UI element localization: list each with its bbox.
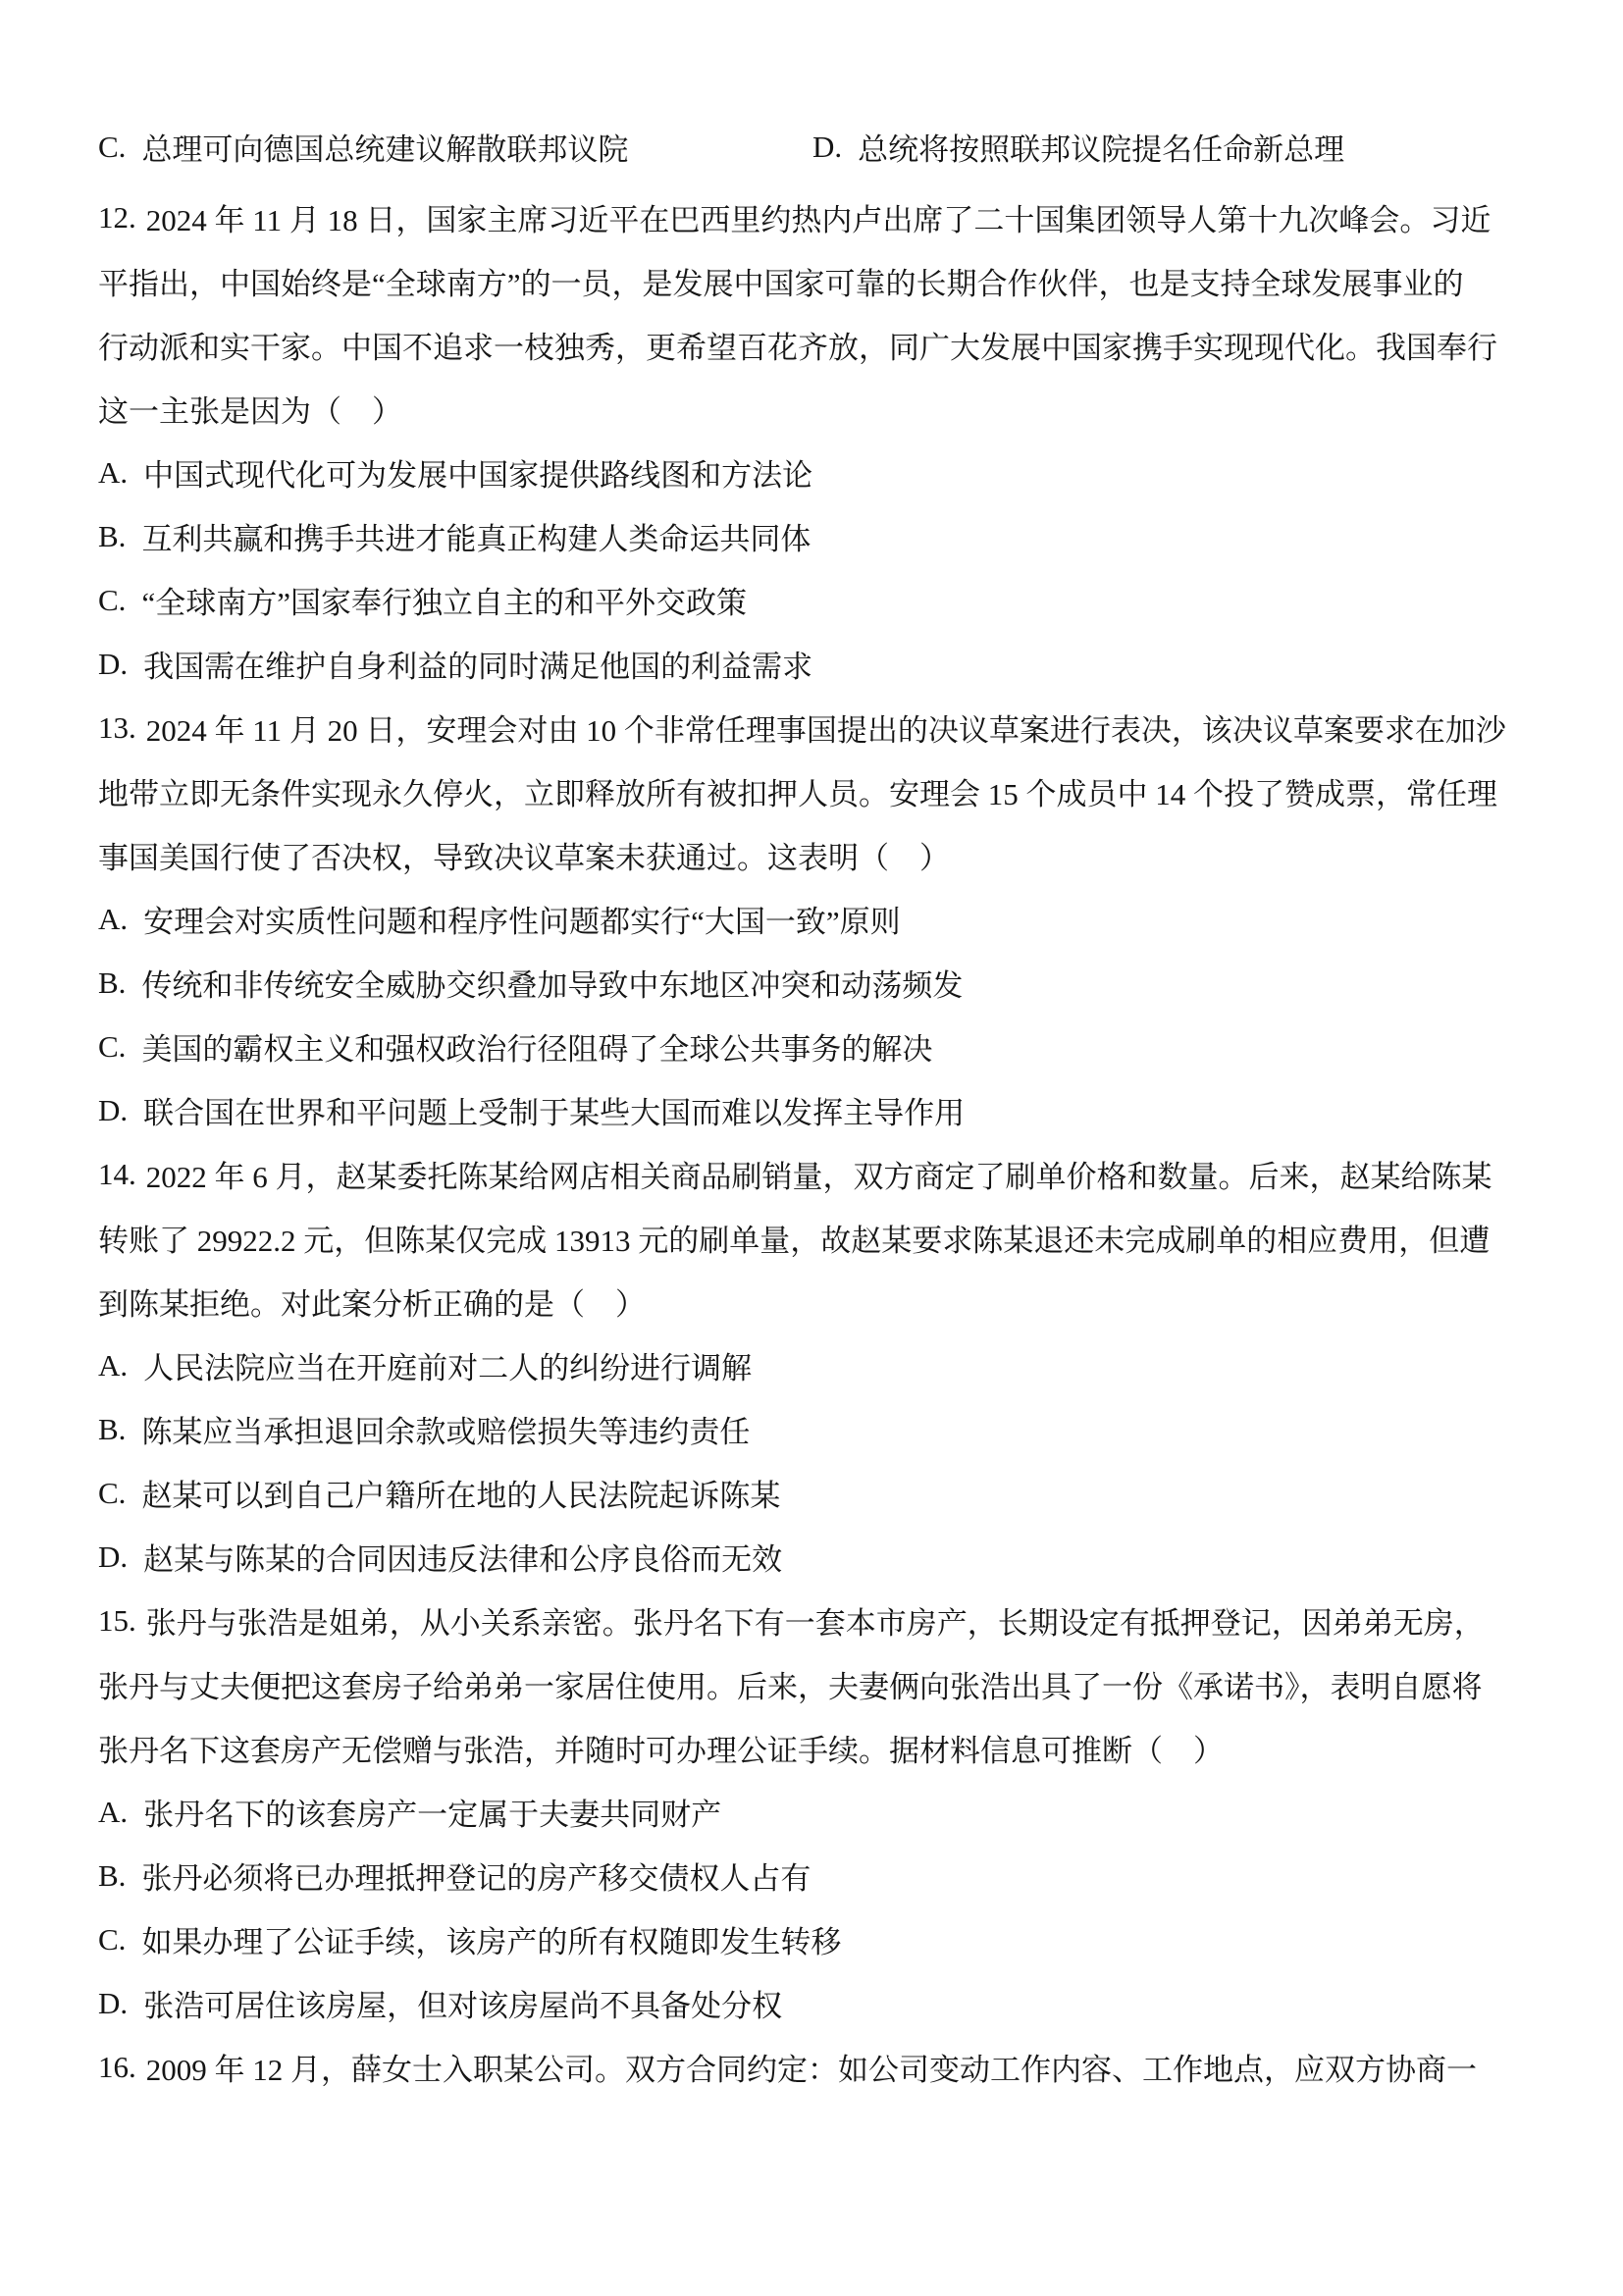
question-12-stem-line-2: 平指出，中国始终是“全球南方”的一员，是发展中国家可靠的长期合作伙伴，也是支持全… [98,249,1529,313]
question-12-option-c: C. “全球南方”国家奉行独立自主的和平外交政策 [98,568,1529,632]
option-text: 我国需在维护自身利益的同时满足他国的利益需求 [143,642,812,686]
option-text: 总统将按照联邦议院提名任命新总理 [858,125,1344,169]
question-14-option-c: C. 赵某可以到自己户籍所在地的人民法院起诉陈某 [98,1461,1529,1525]
option-text: 张丹名下的该套房产一定属于夫妻共同财产 [143,1790,721,1834]
question-12-stem-line-3: 行动派和实干家。中国不追求一枝独秀，更希望百花齐放，同广大发展中国家携手实现现代… [98,313,1529,377]
question-15-option-c: C. 如果办理了公证手续，该房产的所有权随即发生转移 [98,1907,1529,1971]
option-letter: A. [98,455,128,491]
question-13-option-c: C. 美国的霸权主义和强权政治行径阻碍了全球公共事务的解决 [98,1015,1529,1078]
option-letter: B. [98,1858,126,1894]
question-16-stem-line-1: 16. 2009 年 12 月，薛女士入职某公司。双方合同约定：如公司变动工作内… [98,2035,1529,2099]
question-12-option-b: B. 互利共赢和携手共进才能真正构建人类命运共同体 [98,504,1529,568]
option-text: “全球南方”国家奉行独立自主的和平外交政策 [141,578,747,622]
option-text: 互利共赢和携手共进才能真正构建人类命运共同体 [141,514,811,558]
question-number: 14. [98,1157,136,1192]
question-number: 15. [98,1603,136,1639]
question-13-option-d: D. 联合国在世界和平问题上受制于某些大国而难以发挥主导作用 [98,1078,1529,1142]
option-letter: C. [98,1029,126,1065]
question-14-option-a: A. 人民法院应当在开庭前对二人的纠纷进行调解 [98,1333,1529,1397]
question-12-stem-line-4: 这一主张是因为（ ） [98,377,1529,441]
question-number: 16. [98,2050,136,2085]
option-letter: A. [98,902,128,937]
question-13-option-b: B. 传统和非传统安全威胁交织叠加导致中东地区冲突和动荡频发 [98,951,1529,1015]
option-letter: C. [98,583,126,618]
question-14-stem-line-2: 转账了 29922.2 元，但陈某仅完成 13913 元的刷单量，故赵某要求陈某… [98,1206,1529,1270]
option-letter: D. [98,647,128,682]
question-12-option-d: D. 我国需在维护自身利益的同时满足他国的利益需求 [98,632,1529,696]
question-13-stem-line-1: 13. 2024 年 11 月 20 日，安理会对由 10 个非常任理事国提出的… [98,696,1529,759]
stem-text: 张丹与张浩是姐弟，从小关系亲密。张丹名下有一套本市房产，长期设定有抵押登记，因弟… [146,1598,1485,1643]
question-11-options-row: C. 总理可向德国总统建议解散联邦议院 D. 总统将按照联邦议院提名任命新总理 [98,115,1529,179]
question-number: 13. [98,710,136,746]
option-text: 传统和非传统安全威胁交织叠加导致中东地区冲突和动荡频发 [141,961,963,1005]
stem-text: 2022 年 6 月，赵某委托陈某给网店相关商品刷销量，双方商定了刷单价格和数量… [146,1152,1492,1196]
question-14-stem-line-3: 到陈某拒绝。对此案分析正确的是（ ） [98,1270,1529,1333]
question-12-option-a: A. 中国式现代化可为发展中国家提供路线图和方法论 [98,441,1529,504]
option-text: 人民法院应当在开庭前对二人的纠纷进行调解 [143,1343,752,1387]
option-letter: B. [98,1412,126,1447]
question-15-stem-line-3: 张丹名下这套房产无偿赠与张浩，并随时可办理公证手续。据材料信息可推断（ ） [98,1716,1529,1780]
question-11-option-c: C. 总理可向德国总统建议解散联邦议院 [98,125,628,169]
option-letter: D. [812,130,842,165]
option-text: 美国的霸权主义和强权政治行径阻碍了全球公共事务的解决 [141,1024,932,1069]
question-15-option-d: D. 张浩可居住该房屋，但对该房屋尚不具备处分权 [98,1971,1529,2035]
option-letter: C. [98,1922,126,1957]
option-letter: C. [98,130,126,165]
question-15-option-b: B. 张丹必须将已办理抵押登记的房产移交债权人占有 [98,1844,1529,1907]
question-13-option-a: A. 安理会对实质性问题和程序性问题都实行“大国一致”原则 [98,887,1529,951]
option-letter: D. [98,1986,128,2021]
stem-text: 2009 年 12 月，薛女士入职某公司。双方合同约定：如公司变动工作内容、工作… [146,2045,1477,2089]
question-13-stem-line-2: 地带立即无条件实现永久停火，立即释放所有被扣押人员。安理会 15 个成员中 14… [98,759,1529,823]
option-letter: B. [98,519,126,554]
option-text: 陈某应当承担退回余款或赔偿损失等违约责任 [141,1407,750,1451]
option-text: 安理会对实质性问题和程序性问题都实行“大国一致”原则 [143,897,901,941]
question-15-stem-line-2: 张丹与丈夫便把这套房子给弟弟一家居住使用。后来，夫妻俩向张浩出具了一份《承诺书》… [98,1652,1529,1716]
option-text: 赵某与陈某的合同因违反法律和公序良俗而无效 [143,1535,782,1579]
exam-page: C. 总理可向德国总统建议解散联邦议院 D. 总统将按照联邦议院提名任命新总理 … [98,115,1529,2099]
option-letter: B. [98,965,126,1001]
option-text: 如果办理了公证手续，该房产的所有权随即发生转移 [141,1917,841,1961]
option-text: 中国式现代化可为发展中国家提供路线图和方法论 [143,450,812,495]
question-number: 12. [98,200,136,235]
question-13-stem-line-3: 事国美国行使了否决权，导致决议草案未获通过。这表明（ ） [98,823,1529,887]
option-text: 总理可向德国总统建议解散联邦议院 [141,125,628,169]
option-text: 赵某可以到自己户籍所在地的人民法院起诉陈某 [141,1471,780,1515]
question-15-option-a: A. 张丹名下的该套房产一定属于夫妻共同财产 [98,1780,1529,1844]
question-15-stem-line-1: 15. 张丹与张浩是姐弟，从小关系亲密。张丹名下有一套本市房产，长期设定有抵押登… [98,1589,1529,1652]
question-14-option-b: B. 陈某应当承担退回余款或赔偿损失等违约责任 [98,1397,1529,1461]
stem-text: 2024 年 11 月 20 日，安理会对由 10 个非常任理事国提出的决议草案… [146,705,1506,750]
question-12-stem-line-1: 12. 2024 年 11 月 18 日，国家主席习近平在巴西里约热内卢出席了二… [98,185,1529,249]
option-letter: A. [98,1795,128,1830]
option-text: 张浩可居住该房屋，但对该房屋尚不具备处分权 [143,1981,782,2025]
option-letter: D. [98,1093,128,1128]
stem-text: 2024 年 11 月 18 日，国家主席习近平在巴西里约热内卢出席了二十国集团… [146,195,1492,239]
question-14-stem-line-1: 14. 2022 年 6 月，赵某委托陈某给网店相关商品刷销量，双方商定了刷单价… [98,1142,1529,1206]
option-letter: A. [98,1348,128,1383]
option-text: 张丹必须将已办理抵押登记的房产移交债权人占有 [141,1853,811,1898]
option-text: 联合国在世界和平问题上受制于某些大国而难以发挥主导作用 [143,1088,965,1132]
question-11-option-d: D. 总统将按照联邦议院提名任命新总理 [812,115,1344,179]
option-letter: D. [98,1539,128,1575]
question-14-option-d: D. 赵某与陈某的合同因违反法律和公序良俗而无效 [98,1525,1529,1589]
option-letter: C. [98,1476,126,1511]
